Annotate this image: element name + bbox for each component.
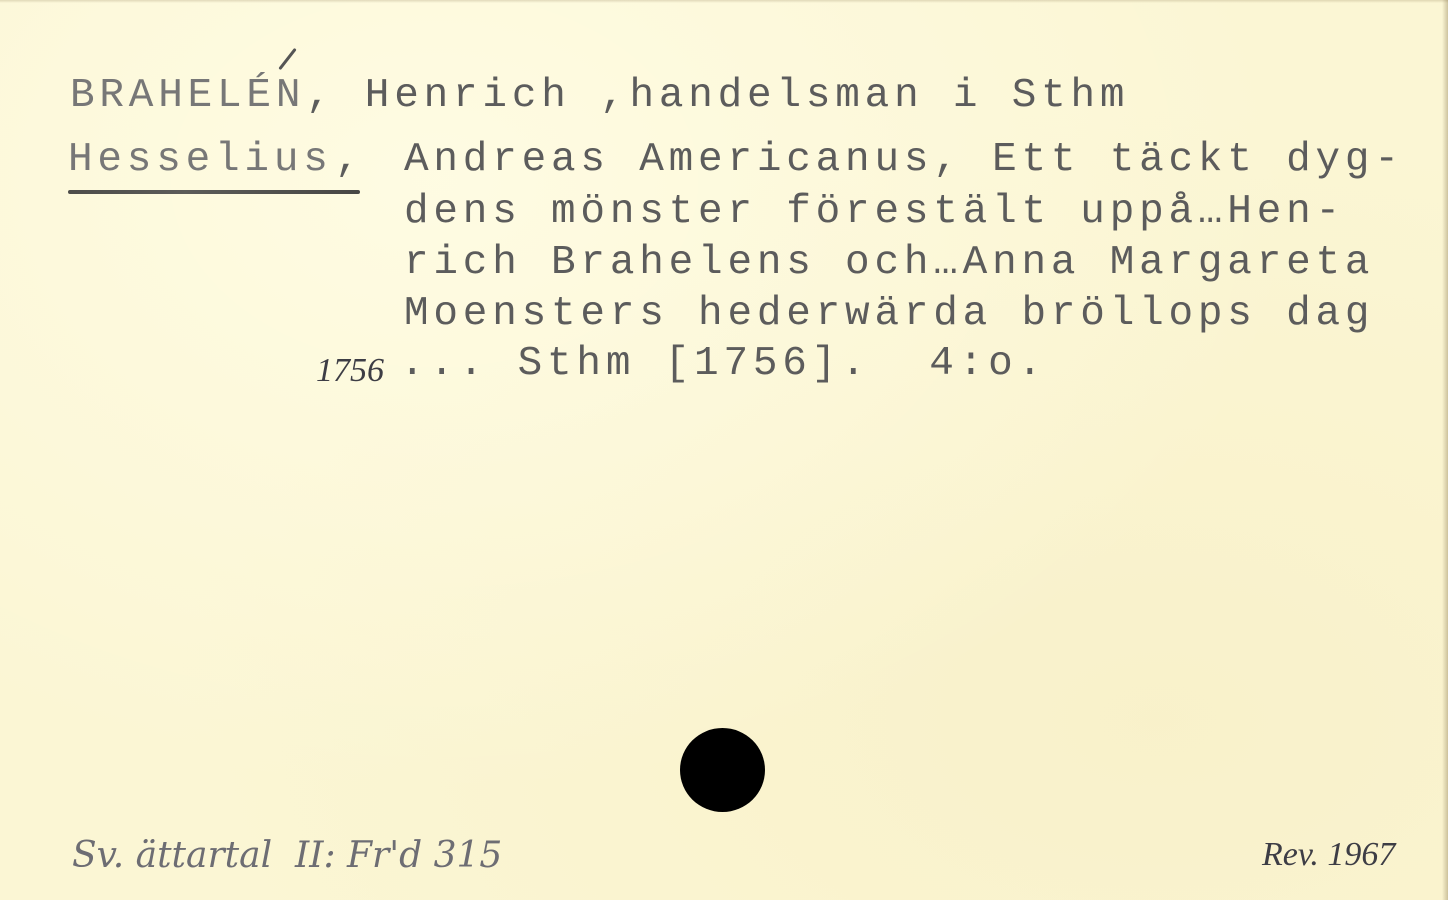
handwritten-note-revision: Rev. 1967	[1262, 838, 1395, 872]
heading-surname: BRAHELÉN	[70, 76, 305, 117]
card-right-edge	[1442, 0, 1448, 900]
title-line-2: dens mönster förestält uppå…Hen-	[404, 192, 1345, 233]
acute-accent-mark	[278, 48, 296, 70]
title-line-4: Moensters hederwärda bröllops dag	[404, 294, 1374, 335]
title-line-1: Andreas Americanus, Ett täckt dyg-	[404, 140, 1404, 181]
punch-hole	[680, 728, 765, 812]
author-underline	[68, 190, 360, 194]
heading-rest: , Henrich ,handelsman i Sthm	[306, 76, 1129, 117]
entry-author: Hesselius	[68, 140, 333, 181]
imprint-line: ... Sthm [1756]. 4:o.	[400, 344, 1047, 385]
card-top-edge	[0, 0, 1448, 3]
title-line-3: rich Brahelens och…Anna Margareta	[404, 243, 1374, 284]
catalog-card: BRAHELÉN , Henrich ,handelsman i Sthm He…	[0, 0, 1448, 900]
handwritten-year: 1756	[316, 354, 384, 388]
handwritten-note-reference: Sv. ättartal II: Fr'd 315	[72, 838, 502, 874]
entry-author-suffix: ,	[335, 140, 364, 181]
